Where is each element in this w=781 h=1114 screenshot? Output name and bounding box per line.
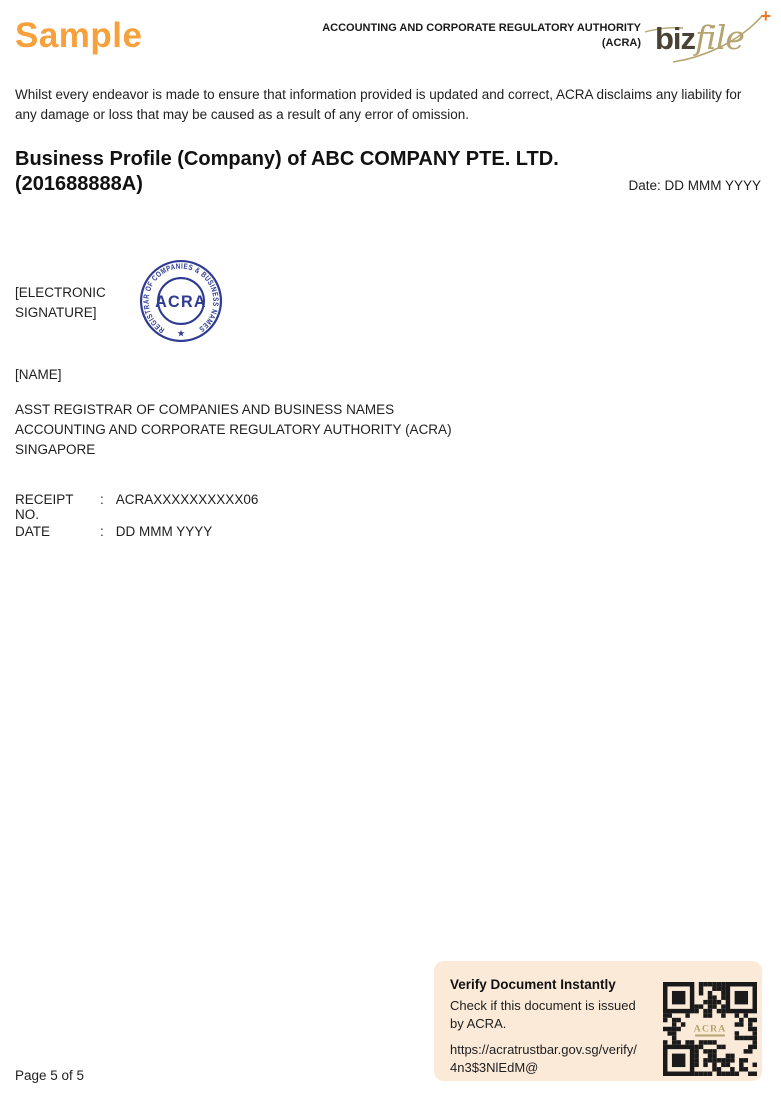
page-indicator: Page 5 of 5 — [15, 1068, 84, 1083]
signatory-line2: ACCOUNTING AND CORPORATE REGULATORY AUTH… — [15, 420, 452, 440]
stamp-center-text: ACRA — [155, 293, 207, 311]
document-page: Sample ACCOUNTING AND CORPORATE REGULATO… — [0, 0, 781, 1114]
receipt-value: ACRAXXXXXXXXXX06 — [116, 492, 259, 522]
document-date: Date: DD MMM YYYY — [628, 178, 761, 193]
verify-title: Verify Document Instantly — [450, 977, 653, 992]
logo-biz-text: biz — [655, 21, 695, 56]
date-separator: : — [100, 524, 104, 539]
authority-line2: (ACRA) — [322, 36, 641, 51]
date-value: DD MMM YYYY — [116, 524, 213, 539]
authority-name: ACCOUNTING AND CORPORATE REGULATORY AUTH… — [322, 21, 641, 51]
receipt-row: RECEIPT NO. : ACRAXXXXXXXXXX06 — [15, 492, 258, 522]
receipt-separator: : — [100, 492, 104, 522]
date-label: DATE — [15, 524, 100, 539]
verify-box: Verify Document Instantly Check if this … — [434, 961, 762, 1081]
signatory-line3: SINGAPORE — [15, 440, 452, 460]
receipt-label: RECEIPT NO. — [15, 492, 100, 522]
page-title-line2: (201688888A) — [15, 172, 615, 197]
date-row: DATE : DD MMM YYYY — [15, 524, 212, 539]
acra-stamp-icon: REGISTRAR OF COMPANIES & BUSINESS NAMES … — [130, 250, 232, 352]
signatory-line1: ASST REGISTRAR OF COMPANIES AND BUSINESS… — [15, 400, 452, 420]
disclaimer-text: Whilst every endeavor is made to ensure … — [15, 85, 763, 125]
verify-url-line1: https://acratrustbar.gov.sg/verify/ — [450, 1041, 653, 1059]
name-placeholder: [NAME] — [15, 367, 62, 382]
signatory-title: ASST REGISTRAR OF COMPANIES AND BUSINESS… — [15, 400, 452, 460]
electronic-signature-placeholder: [ELECTRONIC SIGNATURE] — [15, 283, 127, 323]
sample-watermark: Sample — [15, 16, 143, 56]
plus-icon: + — [760, 6, 771, 27]
verify-url: https://acratrustbar.gov.sg/verify/ 4n3$… — [450, 1041, 653, 1077]
authority-line1: ACCOUNTING AND CORPORATE REGULATORY AUTH… — [322, 21, 641, 36]
verify-text-column: Verify Document Instantly Check if this … — [434, 961, 653, 1081]
verify-description: Check if this document is issued by ACRA… — [450, 997, 653, 1033]
stamp-star-icon: ★ — [177, 329, 185, 339]
bizfile-logo: bizfile + — [645, 6, 773, 68]
svg-text:ACRA: ACRA — [694, 1023, 727, 1034]
page-title-line1: Business Profile (Company) of ABC COMPAN… — [15, 147, 615, 172]
qr-code: ACRA — [663, 982, 757, 1076]
logo-file-text: file — [695, 18, 744, 57]
bizfile-wordmark: bizfile — [655, 18, 744, 57]
page-title: Business Profile (Company) of ABC COMPAN… — [15, 147, 615, 196]
verify-url-line2: 4n3$3NlEdM@ — [450, 1059, 653, 1077]
